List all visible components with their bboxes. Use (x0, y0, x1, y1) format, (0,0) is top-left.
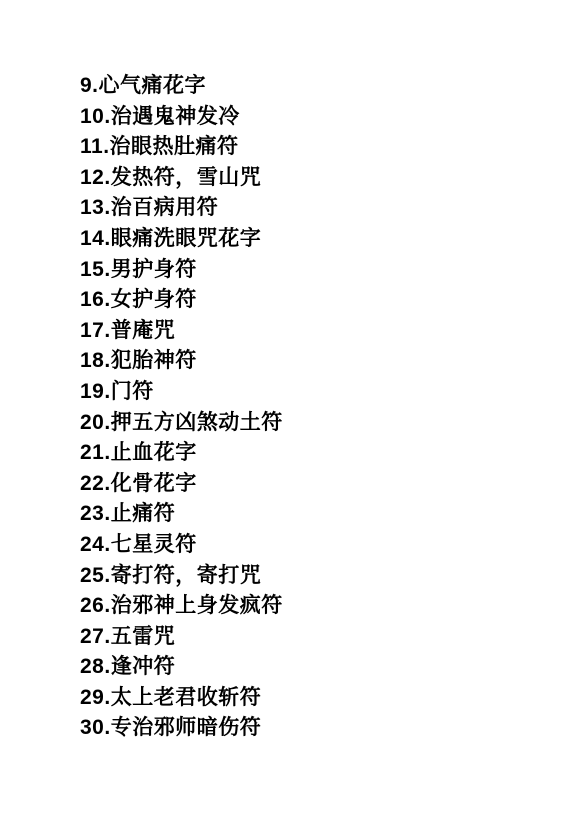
list-item-label: 寄打符，寄打咒 (111, 564, 262, 587)
list-item-number: 11. (80, 135, 110, 158)
list-item-label: 押五方凶煞动土符 (111, 411, 283, 434)
list-item-label: 五雷咒 (111, 625, 176, 648)
list-item-label: 逢冲符 (111, 655, 176, 678)
list-item-label: 治百病用符 (111, 196, 219, 219)
list-item-number: 18. (80, 349, 111, 372)
list-item: 27.五雷咒 (80, 622, 560, 653)
list-item-number: 27. (80, 625, 111, 648)
list-item: 12.发热符，雪山咒 (80, 163, 560, 194)
list-item-number: 16. (80, 288, 111, 311)
list-item-number: 21. (80, 441, 111, 464)
list-item-label: 心气痛花字 (99, 74, 207, 97)
list-item-label: 眼痛洗眼咒花字 (111, 227, 262, 250)
list-item-label: 发热符，雪山咒 (111, 166, 262, 189)
list-item: 21.止血花字 (80, 438, 560, 469)
list-item-label: 七星灵符 (111, 533, 197, 556)
list-item: 19.门符 (80, 377, 560, 408)
list-item-number: 28. (80, 655, 111, 678)
list-item-number: 24. (80, 533, 111, 556)
list-item-number: 23. (80, 502, 111, 525)
list-item-label: 专治邪师暗伤符 (111, 716, 262, 739)
list-item-label: 太上老君收斩符 (111, 686, 262, 709)
list-item-number: 12. (80, 166, 111, 189)
list-item-number: 22. (80, 472, 111, 495)
list-item-number: 14. (80, 227, 111, 250)
list-item-label: 化骨花字 (111, 472, 197, 495)
list-item-number: 19. (80, 380, 111, 403)
list-item: 23.止痛符 (80, 499, 560, 530)
list-item-label: 治邪神上身发疯符 (111, 594, 283, 617)
list-item-label: 治眼热肚痛符 (110, 135, 239, 158)
list-item: 22.化骨花字 (80, 469, 560, 500)
list-item-label: 男护身符 (111, 258, 197, 281)
list-item: 29.太上老君收斩符 (80, 683, 560, 714)
list-item-number: 17. (80, 319, 111, 342)
list-item: 18.犯胎神符 (80, 346, 560, 377)
list-item-number: 30. (80, 716, 111, 739)
list-item-label: 止血花字 (111, 441, 197, 464)
list-item: 25.寄打符，寄打咒 (80, 561, 560, 592)
list-item: 30.专治邪师暗伤符 (80, 713, 560, 744)
numbered-list: 9.心气痛花字10.治遇鬼神发冷11.治眼热肚痛符12.发热符，雪山咒13.治百… (80, 71, 560, 744)
list-item: 28.逢冲符 (80, 652, 560, 683)
list-item-number: 9. (80, 74, 99, 97)
list-item-label: 普庵咒 (111, 319, 176, 342)
list-item-number: 26. (80, 594, 111, 617)
list-item: 16.女护身符 (80, 285, 560, 316)
list-item: 26.治邪神上身发疯符 (80, 591, 560, 622)
list-item: 24.七星灵符 (80, 530, 560, 561)
list-item: 10.治遇鬼神发冷 (80, 102, 560, 133)
list-item: 9.心气痛花字 (80, 71, 560, 102)
list-item-number: 20. (80, 411, 111, 434)
list-item-number: 15. (80, 258, 111, 281)
list-item-label: 止痛符 (111, 502, 176, 525)
document-page: 9.心气痛花字10.治遇鬼神发冷11.治眼热肚痛符12.发热符，雪山咒13.治百… (0, 0, 580, 822)
list-item: 20.押五方凶煞动土符 (80, 408, 560, 439)
list-item-label: 门符 (111, 380, 154, 403)
list-item-number: 13. (80, 196, 111, 219)
list-item: 15.男护身符 (80, 255, 560, 286)
list-item: 13.治百病用符 (80, 193, 560, 224)
list-item: 14.眼痛洗眼咒花字 (80, 224, 560, 255)
list-item-label: 治遇鬼神发冷 (111, 105, 240, 128)
list-item-number: 25. (80, 564, 111, 587)
list-item-label: 犯胎神符 (111, 349, 197, 372)
list-item: 17.普庵咒 (80, 316, 560, 347)
list-item-number: 10. (80, 105, 111, 128)
list-item-label: 女护身符 (111, 288, 197, 311)
list-item: 11.治眼热肚痛符 (80, 132, 560, 163)
list-item-number: 29. (80, 686, 111, 709)
